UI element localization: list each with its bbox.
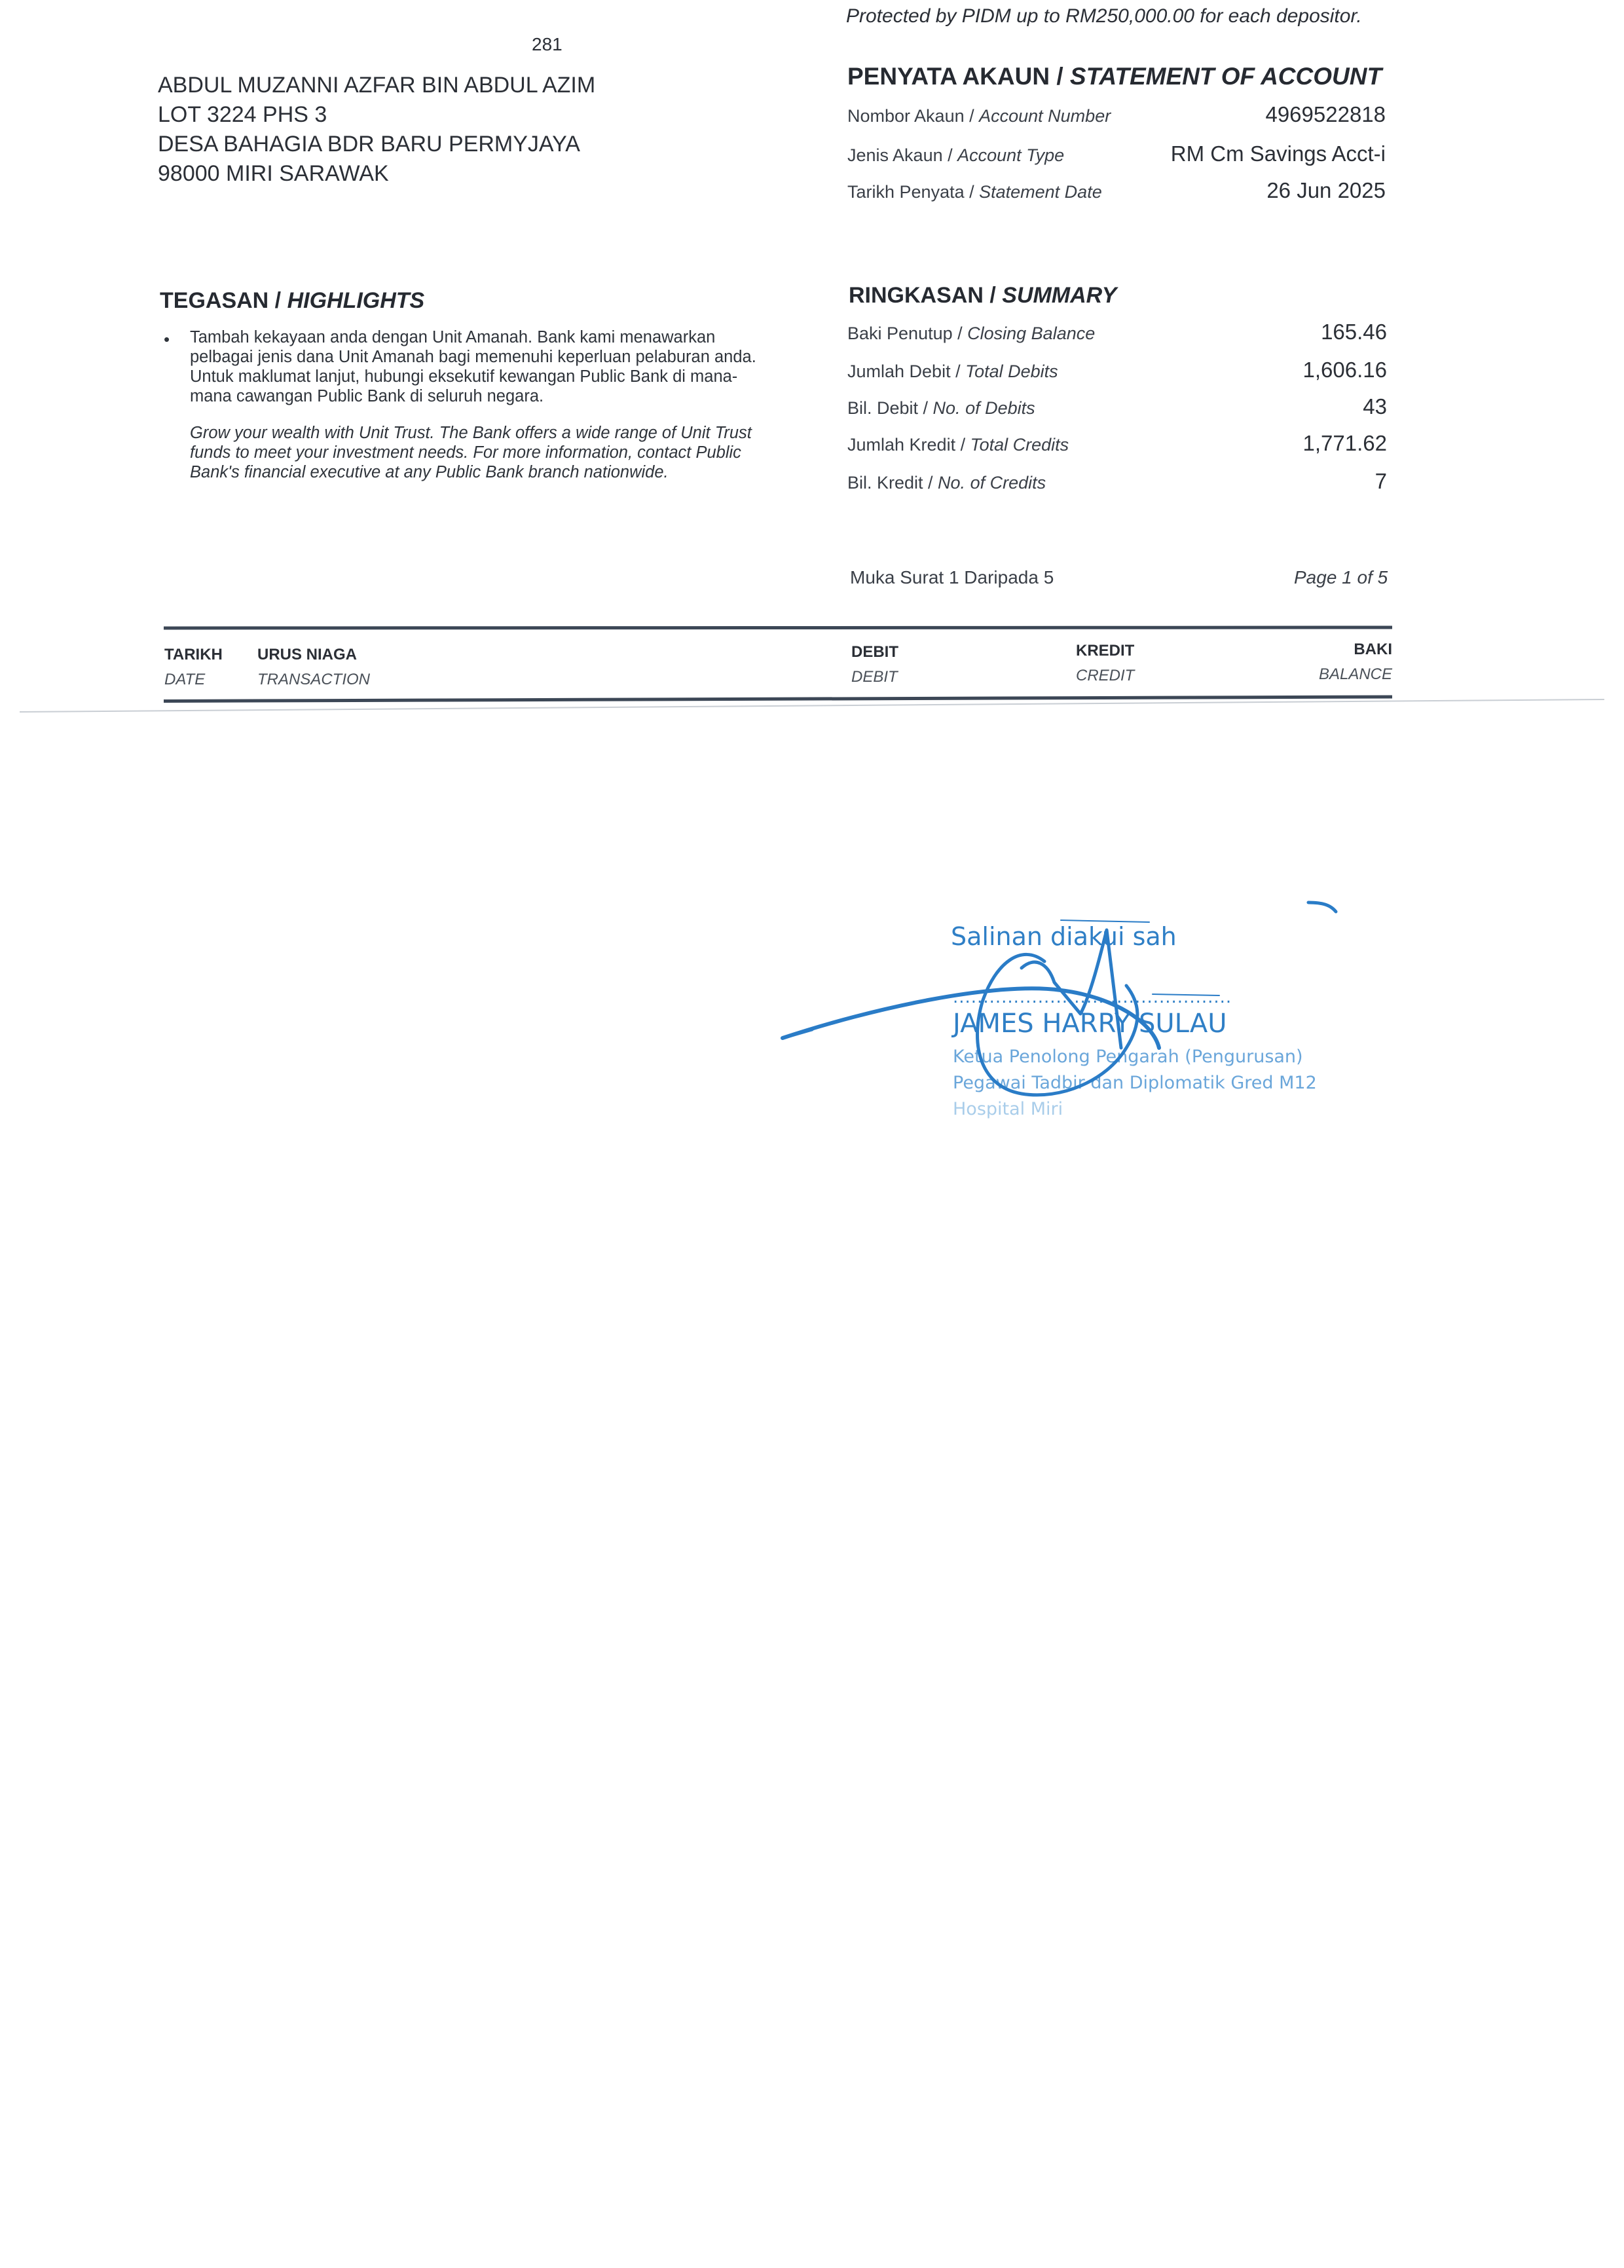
account-number-value: 4969522818 <box>1265 102 1386 127</box>
summary-row-no-of-credits: Bil. Kredit / No. of Credits 7 <box>847 469 1387 494</box>
statement-title-en: STATEMENT OF ACCOUNT <box>1070 63 1382 90</box>
statement-date-label: Tarikh Penyata / Statement Date <box>847 182 1102 202</box>
signer-role: Ketua Penolong Pengarah (Pengurusan) Peg… <box>953 1044 1317 1123</box>
signature-line: ........................................… <box>953 988 1232 1007</box>
pidm-notice: Protected by PIDM up to RM250,000.00 for… <box>846 5 1362 28</box>
customer-address: ABDUL MUZANNI AZFAR BIN ABDUL AZIM LOT 3… <box>158 71 595 189</box>
summary-row-total-debits: Jumlah Debit / Total Debits 1,606.16 <box>847 358 1387 382</box>
summary-row-closing-balance: Baki Penutup / Closing Balance 165.46 <box>847 320 1387 344</box>
summary-row-no-of-debits: Bil. Debit / No. of Debits 43 <box>847 394 1387 419</box>
highlight-text-en: Grow your wealth with Unit Trust. The Ba… <box>190 423 779 482</box>
total-debits-value: 1,606.16 <box>1303 358 1387 382</box>
address-line-1: LOT 3224 PHS 3 <box>158 100 595 130</box>
summary-title: RINGKASAN / SUMMARY <box>849 283 1116 308</box>
no-of-debits-value: 43 <box>1363 394 1387 419</box>
highlights-body: • Tambah kekayaan anda dengan Unit Amana… <box>164 327 779 482</box>
account-type-row: Jenis Akaun / Account Type RM Cm Savings… <box>847 141 1386 166</box>
account-type-label: Jenis Akaun / Account Type <box>847 145 1064 166</box>
highlight-text-ms: Tambah kekayaan anda dengan Unit Amanah.… <box>190 327 779 406</box>
no-of-credits-value: 7 <box>1375 469 1387 494</box>
signer-role-line-1: Ketua Penolong Pengarah (Pengurusan) <box>953 1044 1317 1070</box>
account-number-row: Nombor Akaun / Account Number 4969522818 <box>847 102 1386 127</box>
page-marker: 281 <box>532 34 563 55</box>
customer-name: ABDUL MUZANNI AZFAR BIN ABDUL AZIM <box>158 71 595 100</box>
total-credits-value: 1,771.62 <box>1303 431 1387 456</box>
signer-role-line-2: Pegawai Tadbir dan Diplomatik Gred M12 <box>953 1070 1317 1096</box>
statement-title-ms: PENYATA AKAUN / <box>847 63 1070 90</box>
summary-row-total-credits: Jumlah Kredit / Total Credits 1,771.62 <box>847 431 1387 456</box>
stamp-heading: Salinan diakui sah <box>951 922 1177 951</box>
address-line-3: 98000 MIRI SARAWAK <box>158 159 595 189</box>
column-header-credit: KREDITCREDIT <box>1076 642 1134 685</box>
statement-date-value: 26 Jun 2025 <box>1266 178 1386 203</box>
column-header-transaction: URUS NIAGATRANSACTION <box>257 646 370 689</box>
signer-name: JAMES HARRY SULAU <box>953 1009 1227 1039</box>
column-header-balance: BAKIBALANCE <box>1231 641 1392 684</box>
statement-date-row: Tarikh Penyata / Statement Date 26 Jun 2… <box>847 178 1386 203</box>
page-indicator-en: Page 1 of 5 <box>1294 567 1388 588</box>
column-header-date: TARIKHDATE <box>164 646 223 689</box>
statement-title: PENYATA AKAUN / STATEMENT OF ACCOUNT <box>847 63 1382 90</box>
bullet-icon: • <box>164 327 190 406</box>
closing-balance-value: 165.46 <box>1321 320 1387 344</box>
signer-role-line-3: Hospital Miri <box>953 1096 1317 1123</box>
highlights-title: TEGASAN / HIGHLIGHTS <box>160 288 424 314</box>
table-top-rule <box>164 626 1392 630</box>
column-header-debit: DEBITDEBIT <box>851 643 898 686</box>
account-number-label: Nombor Akaun / Account Number <box>847 106 1111 126</box>
account-type-value: RM Cm Savings Acct-i <box>1171 141 1386 166</box>
address-line-2: DESA BAHAGIA BDR BARU PERMYJAYA <box>158 130 595 159</box>
page-indicator-ms: Muka Surat 1 Daripada 5 <box>850 567 1054 588</box>
